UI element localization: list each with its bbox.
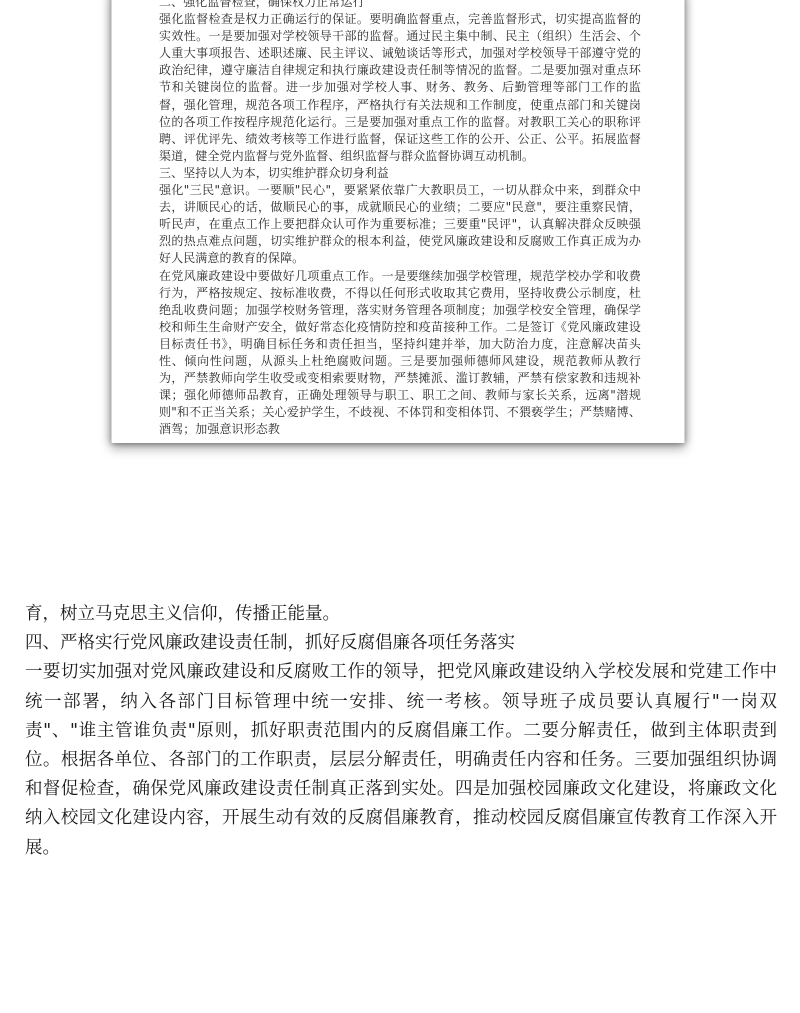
section-4-body: 一要切实加强对党风廉政建设和反腐败工作的领导，把党风廉政建设纳入学校发展和党建工… bbox=[25, 658, 777, 862]
document-page-preview: 二、强化监督检查，确保权力正常运行 强化监督检查是权力正确运行的保证。要明确监督… bbox=[111, 0, 685, 443]
section-4-heading: 四、严格实行党风廉政建设责任制，抓好反腐倡廉各项任务落实 bbox=[25, 629, 777, 658]
section-2-heading: 二、强化监督检查，确保权力正常运行 bbox=[159, 0, 641, 11]
section-2-body: 强化监督检查是权力正确运行的保证。要明确监督重点，完善监督形式，切实提高监督的实… bbox=[159, 11, 641, 165]
page-text-content: 二、强化监督检查，确保权力正常运行 强化监督检查是权力正确运行的保证。要明确监督… bbox=[159, 0, 641, 438]
key-work-body: 在党风廉政建设中要做好几项重点工作。一是要继续加强学校管理，规范学校办学和收费行… bbox=[159, 268, 641, 439]
section-3-heading: 三、坚持以人为本，切实维护群众切身利益 bbox=[159, 165, 641, 182]
document-continuation: 育，树立马克思主义信仰，传播正能量。 四、严格实行党风廉政建设责任制，抓好反腐倡… bbox=[25, 600, 777, 863]
section-3-body: 强化"三民"意识。一要顺"民心"，要紧紧依靠广大教职员工，一切从群众中来，到群众… bbox=[159, 182, 641, 267]
carryover-text: 育，树立马克思主义信仰，传播正能量。 bbox=[25, 600, 777, 629]
